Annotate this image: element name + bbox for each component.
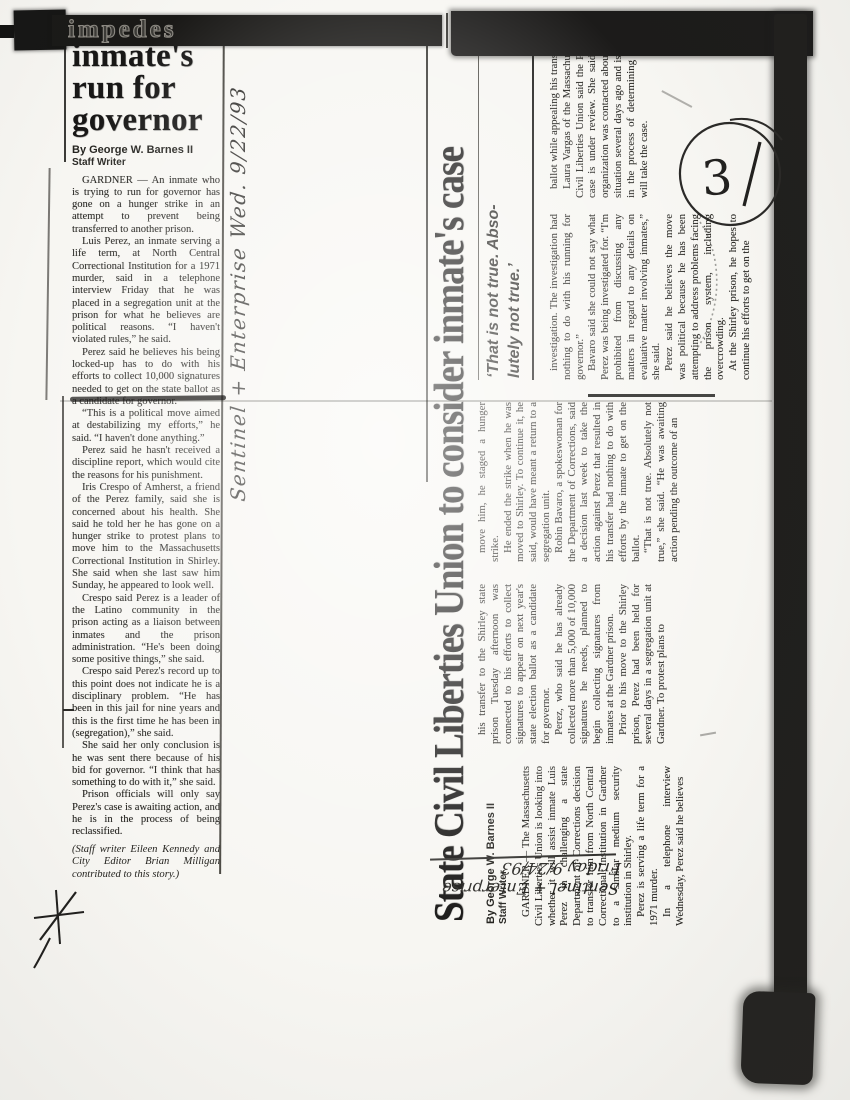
article1-credit-note: (Staff writer Eileen Kennedy and City Ed… (72, 844, 220, 882)
paragraph: “This is a political move aimed at desta… (72, 408, 220, 445)
photocopy-left-edge-mark (0, 25, 14, 38)
paragraph: ballot while appealing his transfer. (548, 36, 561, 198)
paragraph: Crespo said Perez's record up to this po… (72, 666, 220, 740)
handwriting-line: Friday 9/24/93 (428, 858, 622, 878)
paragraph: Bavaro said she could not say what Perez… (586, 214, 663, 380)
pen-arc-mark (686, 218, 732, 354)
handwriting-line: Sentinel + Enterprise (426, 878, 620, 898)
paragraph: Prior to his move to the Shirley prison,… (617, 584, 668, 744)
article1-byline: By George W. Barnes II (72, 145, 220, 157)
paragraph: Perez said he hasn't received a discipli… (72, 445, 220, 482)
article2-column-1: GARDNER — The Massachusetts Civil Libert… (520, 766, 686, 926)
paragraph: Perez, who said he has already collected… (553, 584, 617, 744)
paragraph: Iris Crespo of Amherst, a friend of the … (72, 482, 220, 593)
pen-margin-dash (63, 709, 74, 711)
photocopy-top-band: impedes (52, 15, 442, 46)
clipping-edge-rule (45, 168, 50, 400)
paragraph: In a telephone interview Wednesday, Pere… (661, 766, 687, 926)
photocopy-right-bar-blob (740, 991, 815, 1085)
article2-column-5: ballot while appealing his transfer.Laur… (548, 36, 650, 198)
paragraph: “That is not true. Absolutely not true,”… (642, 402, 680, 562)
article2-headline: State Civil Liberties Union to consider … (426, 147, 474, 922)
photocopy-top-band-right (451, 11, 813, 56)
paragraph: GARDNER — The Massachusetts Civil Libert… (520, 766, 635, 926)
paragraph: Luis Perez, an inmate serving a life ter… (72, 236, 220, 347)
article2-pull-quote: ‘That is not true. Abso-lutely not true.… (478, 30, 534, 380)
paragraph: Robin Bavaro, a spokeswoman for the Depa… (553, 402, 643, 562)
page-number-text: 3 (700, 149, 734, 207)
paragraph: Perez is serving a life term for a 1971 … (635, 766, 661, 926)
paragraph: investigation. The investigation had not… (548, 214, 586, 380)
article-inmates-run-for-governor: inmate's run for governor By George W. B… (72, 40, 220, 881)
paragraph: Crespo said Perez is a leader of the Lat… (72, 593, 220, 667)
band-notch-rule (446, 13, 448, 48)
paragraph: She said her only conclusion is he was s… (72, 740, 220, 789)
paragraph: Prison officials will only say Perez's c… (72, 789, 220, 838)
article1-byline-title: Staff Writer (72, 157, 220, 168)
article2-column-2: his transfer to the Shirley state prison… (476, 584, 668, 744)
dark-rule-segment (588, 394, 715, 397)
paragraph: move him, he staged a hunger strike. (476, 402, 502, 562)
clipping-edge-rule (62, 396, 64, 748)
paragraph: ‘That is not true. Abso- (484, 34, 505, 378)
handwritten-source-date-vertical: Sentinel + Enterprise Wed. 9/22/93 (226, 38, 260, 504)
paragraph: He ended the strike when he was moved to… (502, 402, 553, 562)
clipping-edge-rule (64, 40, 66, 162)
hand-star-mark (28, 878, 92, 974)
article2-column-3: move him, he staged a hunger strike.He e… (476, 402, 681, 562)
paragraph: his transfer to the Shirley state prison… (476, 584, 553, 744)
photocopied-newspaper-scan: inmate's run for governor By George W. B… (0, 0, 850, 1100)
paragraph: GARDNER — An inmate who is trying to run… (72, 175, 220, 236)
article1-headline: inmate's run for governor (72, 40, 220, 136)
article1-body-column: GARDNER — An inmate who is trying to run… (72, 175, 220, 839)
masthead-ghost-text: impedes (68, 16, 177, 44)
paragraph: Laura Vargas of the Massachusetts Civil … (561, 36, 651, 198)
paragraph: lutely not true.’ (505, 34, 526, 378)
circled-page-number: 3 (672, 112, 796, 230)
handwritten-source-date-upside-down: Sentinel + Enterprise Friday 9/24/93 (426, 858, 621, 898)
